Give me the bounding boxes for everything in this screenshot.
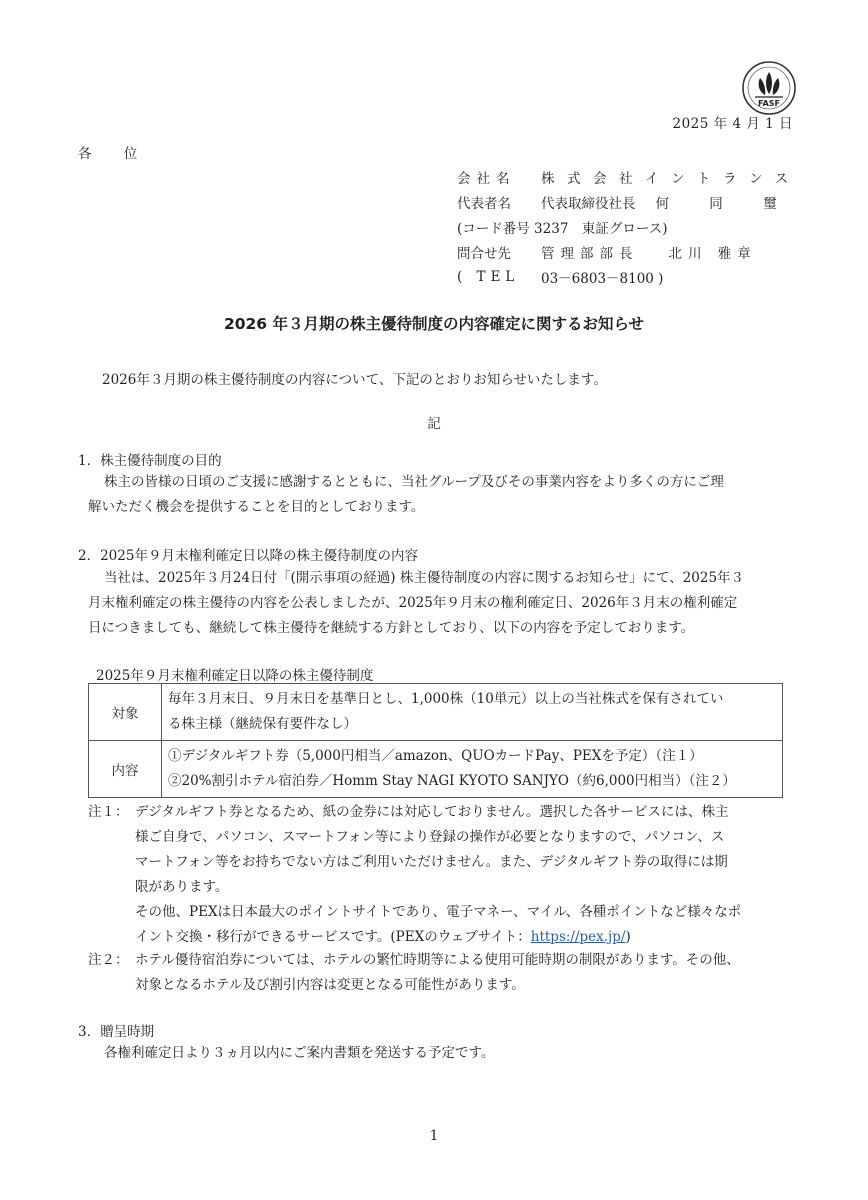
company-name-value: 株式会社イントランス [541, 167, 801, 187]
section-3-body: 各権利確定日より３ヵ月以内にご案内書類を発送する予定です。 [88, 1041, 798, 1066]
note-line: 様ご自身で、パソコン、スマートフォン等により登録の操作が必要となりますので、パソ… [135, 825, 800, 850]
document-title: 2026 年３月期の株主優待制度の内容確定に関するお知らせ [0, 312, 868, 334]
row-value-content: ①デジタルギフト券（5,000円相当／amazon、QUOカードPay、PEXを… [162, 741, 783, 798]
code-row: (コード番号 3237 東証グロース) [457, 214, 787, 239]
cell-line: ②20%割引ホテル宿泊券／Homm Stay NAGI KYOTO SANJYO… [168, 769, 776, 794]
ki-marker: 記 [0, 412, 868, 432]
note-line: マートフォン等をお持ちでない方はご利用いただけません。また、デジタルギフト券の取… [135, 850, 800, 875]
company-info: 会社名 株式会社イントランス 代表者名 代表取締役社長何 同 璽 (コード番号 … [457, 164, 787, 289]
note-line: イント交換・移行ができるサービスです。(PEXのウェブサイト：https://p… [135, 925, 800, 950]
benefits-table: 対象 毎年３月末日、９月末日を基準日とし、1,000株（10単元）以上の当社株式… [88, 683, 783, 798]
contact-label: 問合せ先 [457, 242, 541, 262]
representative-value: 代表取締役社長何 同 璽 [541, 192, 795, 212]
note-1-tag: 注１： [88, 800, 135, 950]
document-date: 2025 年 4 月 1 日 [673, 112, 794, 132]
row-label-eligibility: 対象 [89, 684, 162, 741]
company-name-label: 会社名 [457, 167, 541, 187]
fasf-logo: FASF [741, 60, 797, 116]
representative-title: 代表取締役社長 [541, 196, 636, 212]
addressee: 各 位 [78, 142, 151, 162]
note-2-row: 注２： ホテル優待宿泊券については、ホテルの繁忙時期等による使用可能時期の制限が… [88, 948, 800, 998]
table-row: 内容 ①デジタルギフト券（5,000円相当／amazon、QUOカードPay、P… [89, 741, 783, 798]
row-label-content: 内容 [89, 741, 162, 798]
note-2-tag: 注２： [88, 948, 135, 998]
section-2-line: 当社は、2025年３月24日付「(開示事項の経過) 株主優待制度の内容に関するお… [88, 566, 798, 591]
fasf-logo-icon: FASF [741, 60, 797, 116]
pex-website-link[interactable]: https://pex.jp/ [531, 929, 626, 945]
section-2-heading: 2．2025年９月末権利確定日以降の株主優待制度の内容 [78, 544, 418, 564]
cell-line: 毎年３月末日、９月末日を基準日とし、1,000株（10単元）以上の当社株式を保有… [168, 687, 776, 712]
section-2-body: 当社は、2025年３月24日付「(開示事項の経過) 株主優待制度の内容に関するお… [88, 566, 798, 641]
contact-row: 問合せ先 管理部部長北川 雅章 [457, 239, 787, 264]
section-3-line: 各権利確定日より３ヵ月以内にご案内書類を発送する予定です。 [88, 1041, 798, 1066]
section-1-line: 株主の皆様の日頃のご支援に感謝するとともに、当社グループ及びその事業内容をより多… [88, 470, 798, 495]
stock-code: (コード番号 3237 東証グロース) [457, 217, 668, 237]
tel-value: 03－6803－8100 ) [541, 267, 787, 287]
note-2: 注２： ホテル優待宿泊券については、ホテルの繁忙時期等による使用可能時期の制限が… [88, 948, 800, 998]
tel-row: ( TEL 03－6803－8100 ) [457, 264, 787, 289]
svg-text:FASF: FASF [758, 99, 780, 108]
contact-name: 北川 雅章 [669, 246, 757, 262]
representative-row: 代表者名 代表取締役社長何 同 璽 [457, 189, 787, 214]
note-line: デジタルギフト券となるため、紙の金券には対応しておりません。選択した各サービスに… [135, 800, 800, 825]
cell-line: ①デジタルギフト券（5,000円相当／amazon、QUOカードPay、PEXを… [168, 744, 776, 769]
section-2-line: 月末権利確定の株主優待の内容を公表しましたが、2025年９月末の権利確定日、20… [88, 591, 798, 616]
representative-label: 代表者名 [457, 192, 541, 212]
note-1-row: 注１： デジタルギフト券となるため、紙の金券には対応しておりません。選択した各サ… [88, 800, 800, 950]
benefits-table-caption: 2025年９月末権利確定日以降の株主優待制度 [96, 664, 373, 684]
section-1-heading: 1．株主優待制度の目的 [78, 449, 222, 469]
section-1-body: 株主の皆様の日頃のご支援に感謝するとともに、当社グループ及びその事業内容をより多… [88, 470, 798, 520]
representative-name: 何 同 璽 [656, 196, 795, 212]
note-line: その他、PEXは日本最大のポイントサイトであり、電子マネー、マイル、各種ポイント… [135, 900, 800, 925]
cell-line: る株主様（継続保有要件なし） [168, 712, 776, 737]
page-number: 1 [0, 1128, 868, 1144]
note-line: 対象となるホテル及び割引内容は変更となる可能性があります。 [135, 973, 800, 998]
contact-value: 管理部部長北川 雅章 [541, 242, 787, 262]
note-2-body: ホテル優待宿泊券については、ホテルの繁忙時期等による使用可能時期の制限があります… [135, 948, 800, 998]
note-1-body: デジタルギフト券となるため、紙の金券には対応しておりません。選択した各サービスに… [135, 800, 800, 950]
note-text: イント交換・移行ができるサービスです。(PEXのウェブサイト： [135, 929, 531, 945]
contact-title: 管理部部長 [541, 246, 639, 262]
note-line: ホテル優待宿泊券については、ホテルの繁忙時期等による使用可能時期の制限があります… [135, 948, 800, 973]
tel-label: ( TEL [457, 269, 541, 285]
intro-text: 2026年３月期の株主優待制度の内容について、下記のとおりお知らせいたします。 [102, 368, 607, 388]
note-line: 限があります。 [135, 875, 800, 900]
table-row: 対象 毎年３月末日、９月末日を基準日とし、1,000株（10単元）以上の当社株式… [89, 684, 783, 741]
note-1: 注１： デジタルギフト券となるため、紙の金券には対応しておりません。選択した各サ… [88, 800, 800, 950]
note-text: ) [625, 929, 630, 945]
section-1-line: 解いただく機会を提供することを目的としております。 [88, 495, 798, 520]
section-2-line: 日につきましても、継続して株主優待を継続する方針としており、以下の内容を予定して… [88, 616, 798, 641]
company-name-row: 会社名 株式会社イントランス [457, 164, 787, 189]
section-3-heading: 3．贈呈時期 [78, 1020, 154, 1040]
row-value-eligibility: 毎年３月末日、９月末日を基準日とし、1,000株（10単元）以上の当社株式を保有… [162, 684, 783, 741]
